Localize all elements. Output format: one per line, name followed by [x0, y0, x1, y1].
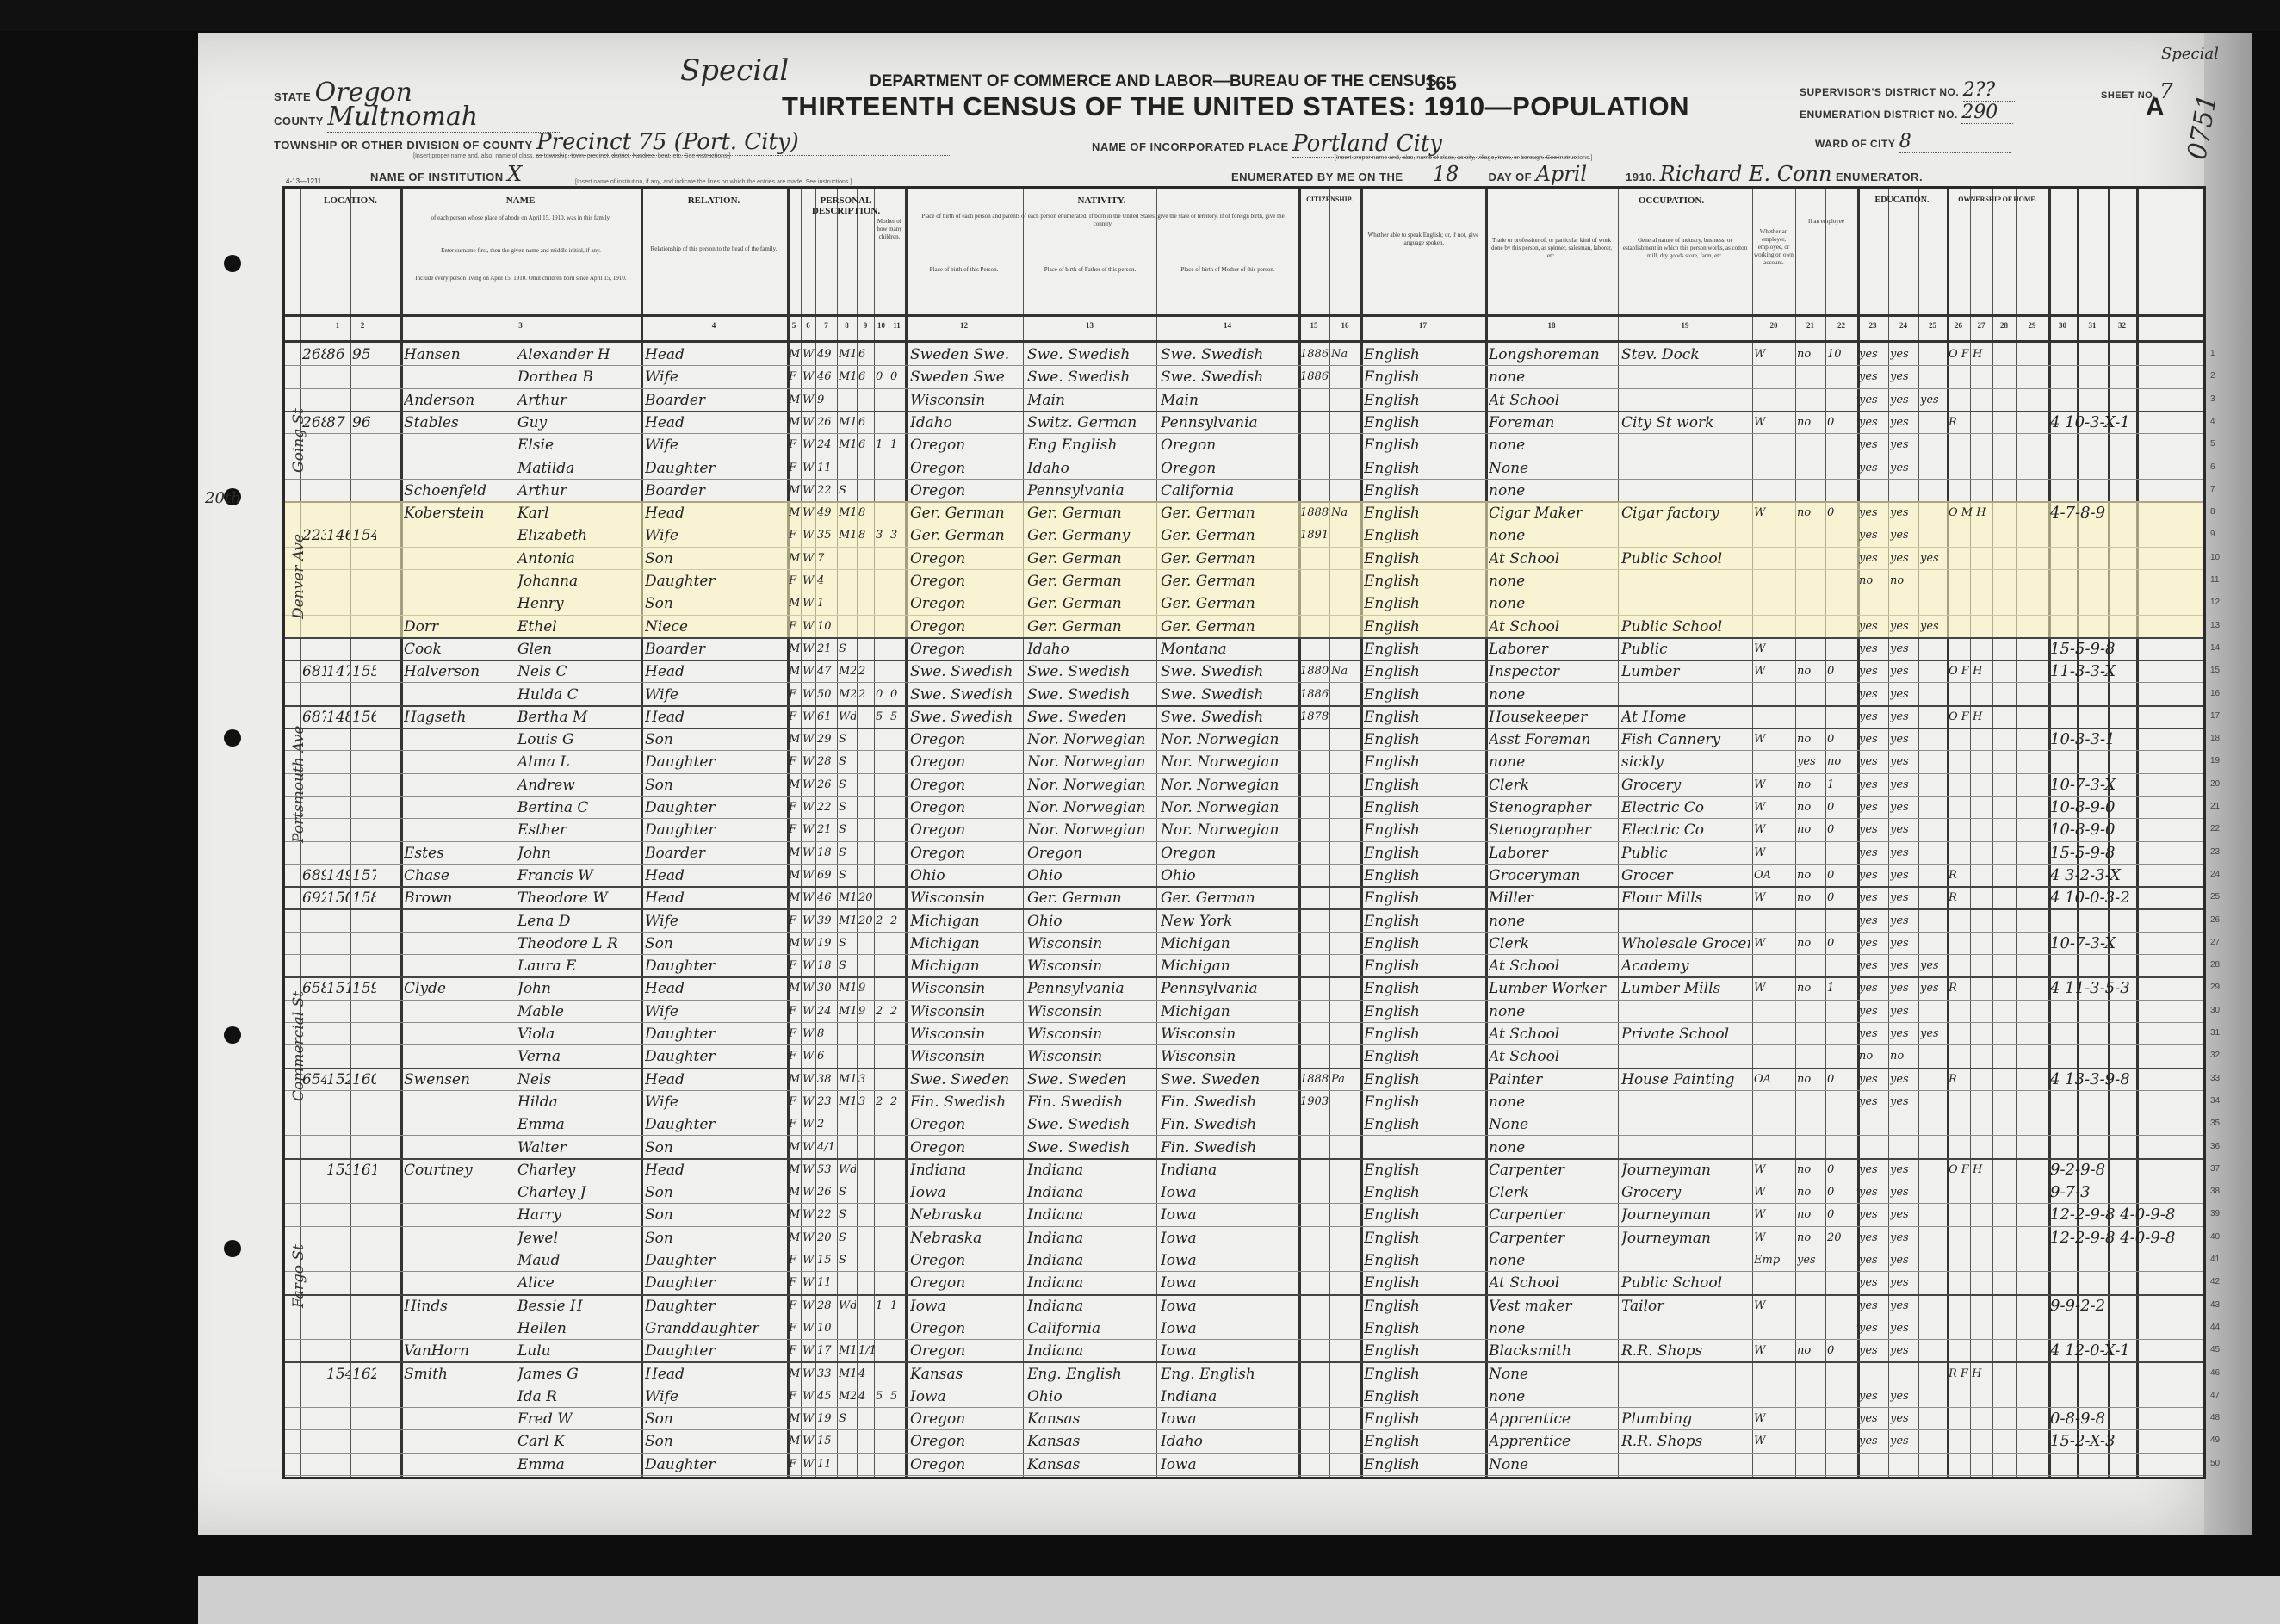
sex: M	[789, 1226, 801, 1249]
dwelling-number: 268	[302, 343, 326, 365]
trade: Painter	[1489, 1068, 1616, 1090]
line-number: 14	[2210, 643, 2220, 653]
birthplace-person: Oregon	[910, 615, 1022, 637]
column-number: 5	[787, 321, 801, 330]
relation: Head	[645, 705, 785, 728]
can-write: yes	[1890, 864, 1918, 886]
birthplace-mother: Swe. Swedish	[1161, 343, 1297, 365]
birthplace-mother: Wisconsin	[1161, 1022, 1297, 1044]
language: English	[1364, 818, 1484, 840]
given-name: Charley J	[517, 1181, 640, 1203]
birthplace-person: Oregon	[910, 728, 1022, 750]
given-name: Charley	[517, 1158, 640, 1181]
table-row: HildaWifeFW23M1322Fin. SwedishFin. Swedi…	[285, 1090, 2203, 1113]
line-number: 43	[2210, 1300, 2220, 1310]
enumerator-signature: Richard E. Conn	[1660, 162, 1832, 187]
table-row: AliceDaughterFW11OregonIndianaIowaEnglis…	[285, 1271, 2203, 1295]
family-number: 86	[326, 343, 350, 365]
relation-header: RELATION.	[641, 195, 787, 206]
supervisor-district-value: 2??	[1963, 79, 2015, 102]
incorporated-place-note: [Insert proper name and, also, name of c…	[1335, 155, 1592, 161]
birthplace-mother: Nor. Norwegian	[1161, 796, 1297, 818]
marital-status: S	[839, 932, 856, 954]
out-of-work: no	[1797, 886, 1825, 908]
age: 15	[817, 1429, 836, 1452]
age: 53	[817, 1158, 836, 1181]
trade: Lumber Worker	[1489, 976, 1616, 999]
trade: none	[1489, 569, 1616, 592]
table-row: VernaDaughterFW6WisconsinWisconsinWiscon…	[285, 1044, 2203, 1069]
given-name: Carl K	[517, 1429, 640, 1452]
incorporated-place-label: Name of incorporated place	[1092, 140, 1289, 153]
birthplace-mother: Iowa	[1161, 1294, 1297, 1317]
race: W	[802, 796, 815, 818]
enumeration-district-value: 290	[1961, 102, 2013, 124]
marital-status: S	[839, 841, 856, 864]
ward-value: 8	[1899, 131, 2011, 153]
line-number: 2	[2210, 371, 2215, 381]
employer-header: Whether an employer, employee, or workin…	[1754, 228, 1794, 267]
table-row: Louis GSonMW29SOregonNor. NorwegianNor. …	[285, 728, 2203, 751]
trade: None	[1489, 1453, 1616, 1475]
age: 1	[817, 592, 836, 614]
can-read: yes	[1859, 1429, 1888, 1452]
industry: Plumbing	[1621, 1407, 1750, 1429]
sex: M	[789, 773, 801, 796]
industry: Private School	[1621, 1022, 1750, 1044]
dwelling-number: 687	[302, 705, 326, 728]
marital-status: M2	[839, 683, 856, 705]
personal-description-header: PERSONAL DESCRIPTION.	[787, 195, 905, 216]
relation: Head	[645, 1158, 785, 1181]
can-write: yes	[1890, 660, 1918, 682]
table-row: HellenGranddaughterFW10OregonCaliforniaI…	[285, 1317, 2203, 1340]
sex: M	[789, 1158, 801, 1181]
language: English	[1364, 501, 1484, 524]
can-write: yes	[1890, 1249, 1918, 1271]
relation: Son	[645, 592, 785, 614]
table-row: Dorthea BWifeFW46M1600Sweden SweSwe. Swe…	[285, 365, 2203, 388]
can-write: yes	[1890, 637, 1918, 660]
relation: Daughter	[645, 1294, 785, 1317]
sex: M	[789, 547, 801, 569]
street-note: Denver Ave	[290, 534, 307, 619]
sex: M	[789, 841, 801, 864]
birthplace-person: Kansas	[910, 1362, 1022, 1385]
age: 26	[817, 411, 836, 433]
column-number: 16	[1329, 321, 1360, 330]
column-number: 24	[1888, 321, 1918, 330]
margin-20th-note: 20th	[205, 489, 241, 507]
industry: Journeyman	[1621, 1203, 1750, 1225]
age: 7	[817, 547, 836, 569]
birthplace-father: Ohio	[1027, 864, 1155, 886]
weeks-unemployed: no	[1827, 750, 1856, 772]
can-read: yes	[1859, 1271, 1888, 1293]
out-of-work: no	[1797, 1226, 1825, 1249]
birthplace-person: Oregon	[910, 1249, 1022, 1271]
can-write: yes	[1890, 728, 1918, 750]
birthplace-person: Oregon	[910, 796, 1022, 818]
industry: City St work	[1621, 411, 1750, 433]
age: 19	[817, 932, 836, 954]
can-read: yes	[1859, 365, 1888, 387]
age: 21	[817, 637, 836, 660]
birthplace-person: Ger. German	[910, 524, 1022, 546]
sex: M	[789, 637, 801, 660]
birthplace-person: Michigan	[910, 909, 1022, 932]
table-row: Fred WSonMW19SOregonKansasIowaEnglishApp…	[285, 1407, 2203, 1430]
given-name: Alice	[517, 1271, 640, 1293]
age: 11	[817, 1271, 836, 1293]
column-number: 9	[857, 321, 874, 330]
birthplace-father: Indiana	[1027, 1249, 1155, 1271]
birthplace-father: Indiana	[1027, 1226, 1155, 1249]
trade: none	[1489, 433, 1616, 456]
age: 28	[817, 1294, 836, 1317]
marital-status: S	[839, 637, 856, 660]
birthplace-father: Main	[1027, 388, 1155, 411]
language: English	[1364, 1294, 1484, 1317]
employer-status: W	[1754, 886, 1794, 908]
years-married: 4	[858, 1362, 874, 1385]
sex: F	[789, 954, 801, 976]
race: W	[802, 388, 815, 411]
birthplace-person: Iowa	[910, 1294, 1022, 1317]
trade: Miller	[1489, 886, 1616, 908]
marital-status: Wd	[839, 1294, 856, 1317]
given-name: Emma	[517, 1453, 640, 1475]
language: English	[1364, 1181, 1484, 1203]
trade: At School	[1489, 954, 1616, 976]
birthplace-person: Oregon	[910, 1453, 1022, 1475]
institution-label: Name of institution	[370, 170, 504, 183]
birthplace-mother: Fin. Swedish	[1161, 1136, 1297, 1158]
can-write: yes	[1890, 954, 1918, 976]
can-read: yes	[1859, 456, 1888, 479]
sex: F	[789, 750, 801, 772]
table-row: ViolaDaughterFW8WisconsinWisconsinWiscon…	[285, 1022, 2203, 1045]
line-number: 21	[2210, 802, 2220, 811]
sex: M	[789, 592, 801, 614]
relation: Son	[645, 1136, 785, 1158]
given-name: Maud	[517, 1249, 640, 1271]
relation: Son	[645, 1429, 785, 1452]
education-header: EDUCATION.	[1857, 195, 1947, 205]
line-number: 36	[2210, 1142, 2220, 1151]
can-read: yes	[1859, 1181, 1888, 1203]
weeks-unemployed: 0	[1827, 886, 1856, 908]
line-number: 31	[2210, 1028, 2220, 1038]
race: W	[802, 456, 815, 479]
can-write: yes	[1890, 343, 1918, 365]
mother-of-header: Mother of how many children.	[874, 218, 905, 241]
extra-codes: 10-8-9-0	[2050, 818, 2196, 840]
can-read: yes	[1859, 388, 1888, 411]
trade: Carpenter	[1489, 1226, 1616, 1249]
race: W	[802, 909, 815, 932]
incorporated-place-field: Name of incorporated place Portland City	[1092, 131, 1577, 158]
immigration-year: 1888	[1300, 501, 1329, 524]
birthplace-mother: Main	[1161, 388, 1297, 411]
can-read: yes	[1859, 683, 1888, 705]
birthplace-father: Kansas	[1027, 1407, 1155, 1429]
birthplace-mother: Iowa	[1161, 1226, 1297, 1249]
can-write: yes	[1890, 796, 1918, 818]
industry: Electric Co	[1621, 796, 1750, 818]
relation: Wife	[645, 683, 785, 705]
given-name: Lena D	[517, 909, 640, 932]
out-of-work: no	[1797, 1181, 1825, 1203]
marital-status: Wd	[839, 1158, 856, 1181]
can-read: no	[1859, 569, 1888, 592]
can-write: yes	[1890, 1068, 1918, 1090]
marital-status: M1	[839, 501, 856, 524]
visitation-number: 159	[352, 976, 376, 999]
weeks-unemployed: 0	[1827, 1339, 1856, 1361]
birthplace-father: Ger. German	[1027, 501, 1155, 524]
out-of-work: no	[1797, 1158, 1825, 1181]
relation: Wife	[645, 1000, 785, 1022]
birthplace-father: Nor. Norwegian	[1027, 750, 1155, 772]
birthplace-mother: Nor. Norwegian	[1161, 750, 1297, 772]
birthplace-mother: Swe. Sweden	[1161, 1068, 1297, 1090]
age: 26	[817, 1181, 836, 1203]
line-number: 19	[2210, 756, 2220, 766]
home-ownership: R	[1949, 1068, 2047, 1090]
marital-status: M1	[839, 411, 856, 433]
race: W	[802, 705, 815, 728]
birthplace-mother: Pennsylvania	[1161, 411, 1297, 433]
table-row: CookGlenBoarderMW21SOregonIdahoMontanaEn…	[285, 637, 2203, 661]
race: W	[802, 1317, 815, 1339]
sex: F	[789, 433, 801, 456]
marital-status: S	[839, 864, 856, 886]
age: 24	[817, 1000, 836, 1022]
birthplace-person: Oregon	[910, 1136, 1022, 1158]
employer-status: W	[1754, 660, 1794, 682]
language: English	[1364, 1362, 1484, 1385]
given-name: Guy	[517, 411, 640, 433]
employer-status: W	[1754, 1181, 1794, 1203]
age: 21	[817, 818, 836, 840]
nativity-description: Place of birth of each person and parent…	[914, 213, 1292, 228]
birthplace-mother: Oregon	[1161, 456, 1297, 479]
immigration-year: 1891	[1300, 524, 1329, 546]
can-read: yes	[1859, 1000, 1888, 1022]
years-married: 8	[858, 524, 874, 546]
age: 69	[817, 864, 836, 886]
given-name: Hulda C	[517, 683, 640, 705]
attended-school	[1920, 343, 1946, 365]
marital-status: M1	[839, 1090, 856, 1113]
language: English	[1364, 1271, 1484, 1293]
family-number: 87	[326, 411, 350, 433]
weeks-unemployed: 0	[1827, 660, 1856, 682]
birthplace-mother: Swe. Swedish	[1161, 705, 1297, 728]
birthplace-mother: Michigan	[1161, 954, 1297, 976]
relation: Daughter	[645, 750, 785, 772]
special-note: Special	[680, 53, 789, 88]
trade: At School	[1489, 547, 1616, 569]
birthplace-mother: Ger. German	[1161, 524, 1297, 546]
given-name: Emma	[517, 1113, 640, 1135]
birthplace-person: Iowa	[910, 1385, 1022, 1407]
home-ownership: R	[1949, 886, 2047, 908]
children-born: 2	[876, 1090, 888, 1113]
marital-status: S	[839, 1203, 856, 1225]
extra-codes: 9-2-9-8	[2050, 1158, 2196, 1181]
birthplace-mother: Iowa	[1161, 1453, 1297, 1475]
industry: Public School	[1621, 615, 1750, 637]
birthplace-mother: Ger. German	[1161, 501, 1297, 524]
birthplace-person: Oregon	[910, 841, 1022, 864]
punch-hole-icon	[224, 729, 241, 747]
relation: Head	[645, 501, 785, 524]
table-row: SchoenfeldArthurBoarderMW22SOregonPennsy…	[285, 479, 2203, 503]
trade: Groceryman	[1489, 864, 1616, 886]
trade: Asst Foreman	[1489, 728, 1616, 750]
industry: Cigar factory	[1621, 501, 1750, 524]
race: W	[802, 433, 815, 456]
sex: F	[789, 1022, 801, 1044]
out-of-work: no	[1797, 343, 1825, 365]
given-name: Hilda	[517, 1090, 640, 1113]
relation: Daughter	[645, 1022, 785, 1044]
relation: Wife	[645, 1385, 785, 1407]
birthplace-person: Oregon	[910, 1317, 1022, 1339]
birthplace-mother: Swe. Swedish	[1161, 660, 1297, 682]
can-read: yes	[1859, 1249, 1888, 1271]
sex: M	[789, 1362, 801, 1385]
marital-status: M1	[839, 1362, 856, 1385]
children-living: 0	[890, 683, 902, 705]
can-write: yes	[1890, 1181, 1918, 1203]
column-number: 20	[1752, 321, 1795, 330]
out-of-work: no	[1797, 818, 1825, 840]
years-married: 4	[858, 1385, 874, 1407]
language: English	[1364, 1226, 1484, 1249]
trade: none	[1489, 1385, 1616, 1407]
age: 35	[817, 524, 836, 546]
trade: Vest maker	[1489, 1294, 1616, 1317]
table-row: HindsBessie HDaughterFW28Wd11IowaIndiana…	[285, 1294, 2203, 1317]
given-name: Fred W	[517, 1407, 640, 1429]
column-number: 2	[350, 321, 375, 330]
birthplace-person: Oregon	[910, 433, 1022, 456]
relation: Head	[645, 1068, 785, 1090]
can-write: yes	[1890, 524, 1918, 546]
language: English	[1364, 411, 1484, 433]
weeks-unemployed: 0	[1827, 1158, 1856, 1181]
birthplace-mother: Ger. German	[1161, 592, 1297, 614]
birthplace-father: Nor. Norwegian	[1027, 796, 1155, 818]
race: W	[802, 1000, 815, 1022]
naturalization: Na	[1331, 501, 1359, 524]
employer-status: W	[1754, 841, 1794, 864]
table-row: Theodore L RSonMW19SMichiganWisconsinMic…	[285, 932, 2203, 955]
relation: Wife	[645, 524, 785, 546]
line-number: 25	[2210, 892, 2220, 902]
family-number: 147	[326, 660, 350, 682]
industry: sickly	[1621, 750, 1750, 772]
can-read: yes	[1859, 841, 1888, 864]
language: English	[1364, 388, 1484, 411]
dwelling-number: 681	[302, 660, 326, 682]
line-number: 48	[2210, 1413, 2220, 1423]
table-row: 681147155HalversonNels CHeadMW47M22Swe. …	[285, 660, 2203, 683]
out-of-work: no	[1797, 796, 1825, 818]
birthplace-father: Ohio	[1027, 909, 1155, 932]
trade-header: Trade or profession of, or particular ki…	[1489, 237, 1614, 260]
birthplace-father: Fin. Swedish	[1027, 1090, 1155, 1113]
table-row: Lena DWifeFW39M12022MichiganOhioNew York…	[285, 909, 2203, 933]
children-living: 5	[890, 1385, 902, 1407]
industry: Fish Cannery	[1621, 728, 1750, 750]
can-write: yes	[1890, 932, 1918, 954]
line-number: 35	[2210, 1119, 2220, 1128]
birthplace-father: Ohio	[1027, 1385, 1155, 1407]
family-number: 152	[326, 1068, 350, 1090]
language: English	[1364, 1339, 1484, 1361]
attended-school: yes	[1920, 1022, 1946, 1044]
race: W	[802, 976, 815, 999]
marital-status: S	[839, 750, 856, 772]
out-of-work: no	[1797, 932, 1825, 954]
children-living: 1	[890, 433, 902, 456]
birthplace-person: Oregon	[910, 1429, 1022, 1452]
sex: M	[789, 976, 801, 999]
out-of-work: no	[1797, 976, 1825, 999]
birthplace-mother: Ger. German	[1161, 886, 1297, 908]
birthplace-father: Kansas	[1027, 1453, 1155, 1475]
line-number: 20	[2210, 779, 2220, 789]
township-value: Precinct 75 (Port. City)	[536, 129, 950, 156]
extra-codes: 10-7-3-X	[2050, 932, 2196, 954]
age: 47	[817, 660, 836, 682]
birthplace-father: Swe. Sweden	[1027, 1068, 1155, 1090]
can-read: yes	[1859, 886, 1888, 908]
given-name: Theodore L R	[517, 932, 640, 954]
birthplace-mother: California	[1161, 479, 1297, 501]
employer-status: W	[1754, 343, 1794, 365]
trade: none	[1489, 1000, 1616, 1022]
children-born: 2	[876, 909, 888, 932]
employer-status: W	[1754, 1407, 1794, 1429]
column-number: 1	[325, 321, 350, 330]
language: English	[1364, 1407, 1484, 1429]
relation: Daughter	[645, 1271, 785, 1293]
birthplace-mother: Oregon	[1161, 841, 1297, 864]
extra-codes: 12-2-9-8 4-0-9-8	[2050, 1226, 2196, 1249]
birthplace-father: Swe. Swedish	[1027, 660, 1155, 682]
immigration-year: 1903	[1300, 1090, 1329, 1113]
age: 23	[817, 1090, 836, 1113]
extra-codes: 10-8-9-0	[2050, 796, 2196, 818]
table-row: EmmaDaughterFW2OregonSwe. SwedishFin. Sw…	[285, 1113, 2203, 1136]
extra-codes: 10-3-3-1	[2050, 728, 2196, 750]
birthplace-mother: New York	[1161, 909, 1297, 932]
line-number: 9	[2210, 530, 2215, 539]
birthplace-person: Oregon	[910, 818, 1022, 840]
column-number: 6	[801, 321, 815, 330]
attended-school: yes	[1920, 954, 1946, 976]
marital-status: S	[839, 1407, 856, 1429]
age: 39	[817, 909, 836, 932]
table-row: MableWifeFW24M1922WisconsinWisconsinMich…	[285, 1000, 2203, 1023]
table-row: 687148156HagsethBertha MHeadFW61Wd55Swe.…	[285, 705, 2203, 729]
language: English	[1364, 1090, 1484, 1113]
